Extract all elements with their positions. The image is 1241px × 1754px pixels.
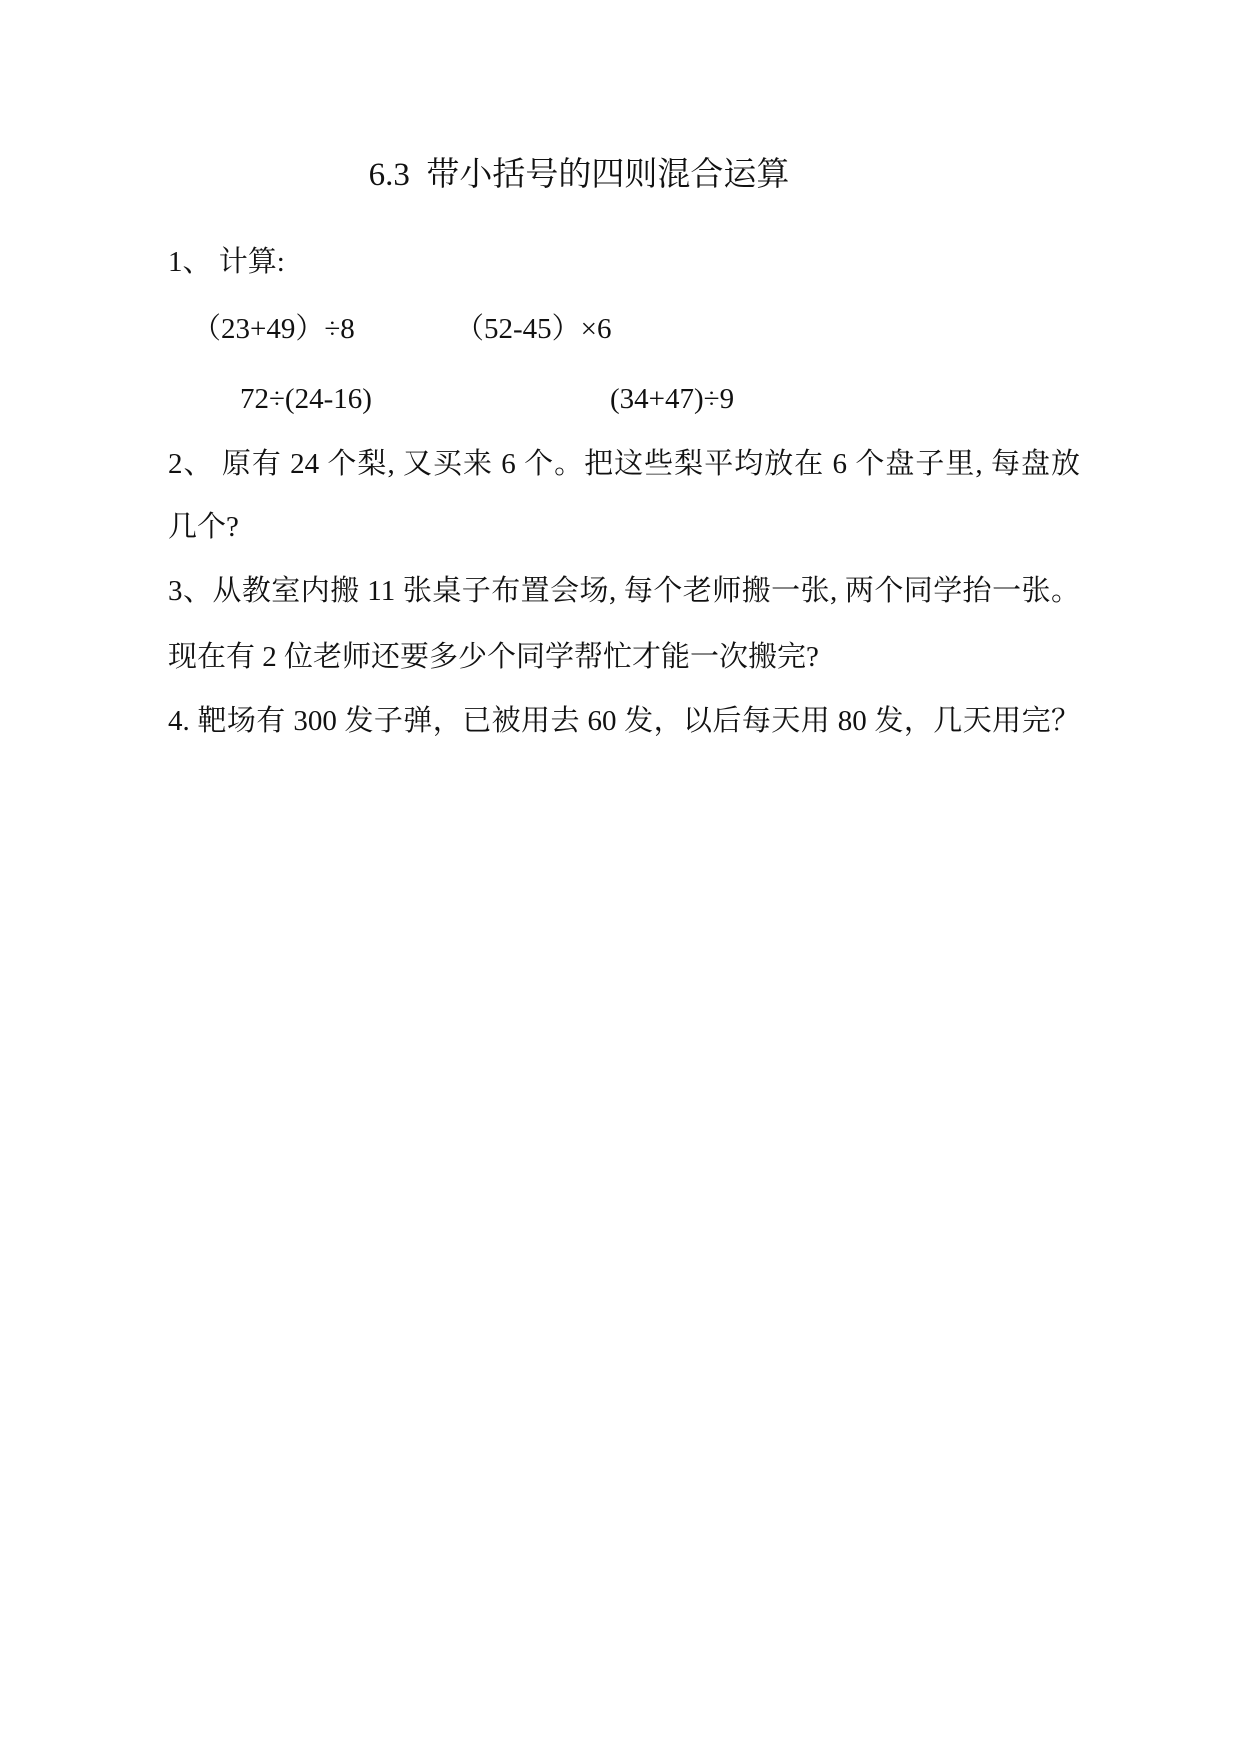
calc-expression-1: （23+49）÷8: [192, 305, 355, 353]
worksheet-page: 6.3 带小括号的四则混合运算 1、 计算: （23+49）÷8 （52-45）…: [0, 0, 1241, 1754]
problem-4-text-line-1: 4. 靶场有 300 发子弹，已被用去 60 发，以后每天用 80 发，几天用完…: [168, 697, 1080, 745]
calc-row-2: 72÷(24-16) (34+47)÷9: [0, 375, 1241, 423]
calc-expression-4: (34+47)÷9: [610, 375, 734, 423]
problem-3-text-line-2: 现在有 2 位老师还要多少个同学帮忙才能一次搬完?: [168, 633, 1080, 681]
problem-3-text-line-1: 3、从教室内搬 11 张桌子布置会场, 每个老师搬一张, 两个同学抬一张。: [168, 567, 1080, 615]
calc-expression-3: 72÷(24-16): [240, 375, 372, 423]
calc-row-1: （23+49）÷8 （52-45）×6: [0, 305, 1241, 353]
calc-expression-2: （52-45）×6: [455, 305, 612, 353]
page-title: 6.3 带小括号的四则混合运算: [168, 150, 990, 200]
problem-2-text-line-2: 几个?: [168, 503, 1080, 551]
problem-1-label: 1、 计算:: [168, 238, 1080, 286]
problem-2-text-line-1: 2、 原有 24 个梨, 又买来 6 个。把这些梨平均放在 6 个盘子里, 每盘…: [168, 440, 1080, 488]
